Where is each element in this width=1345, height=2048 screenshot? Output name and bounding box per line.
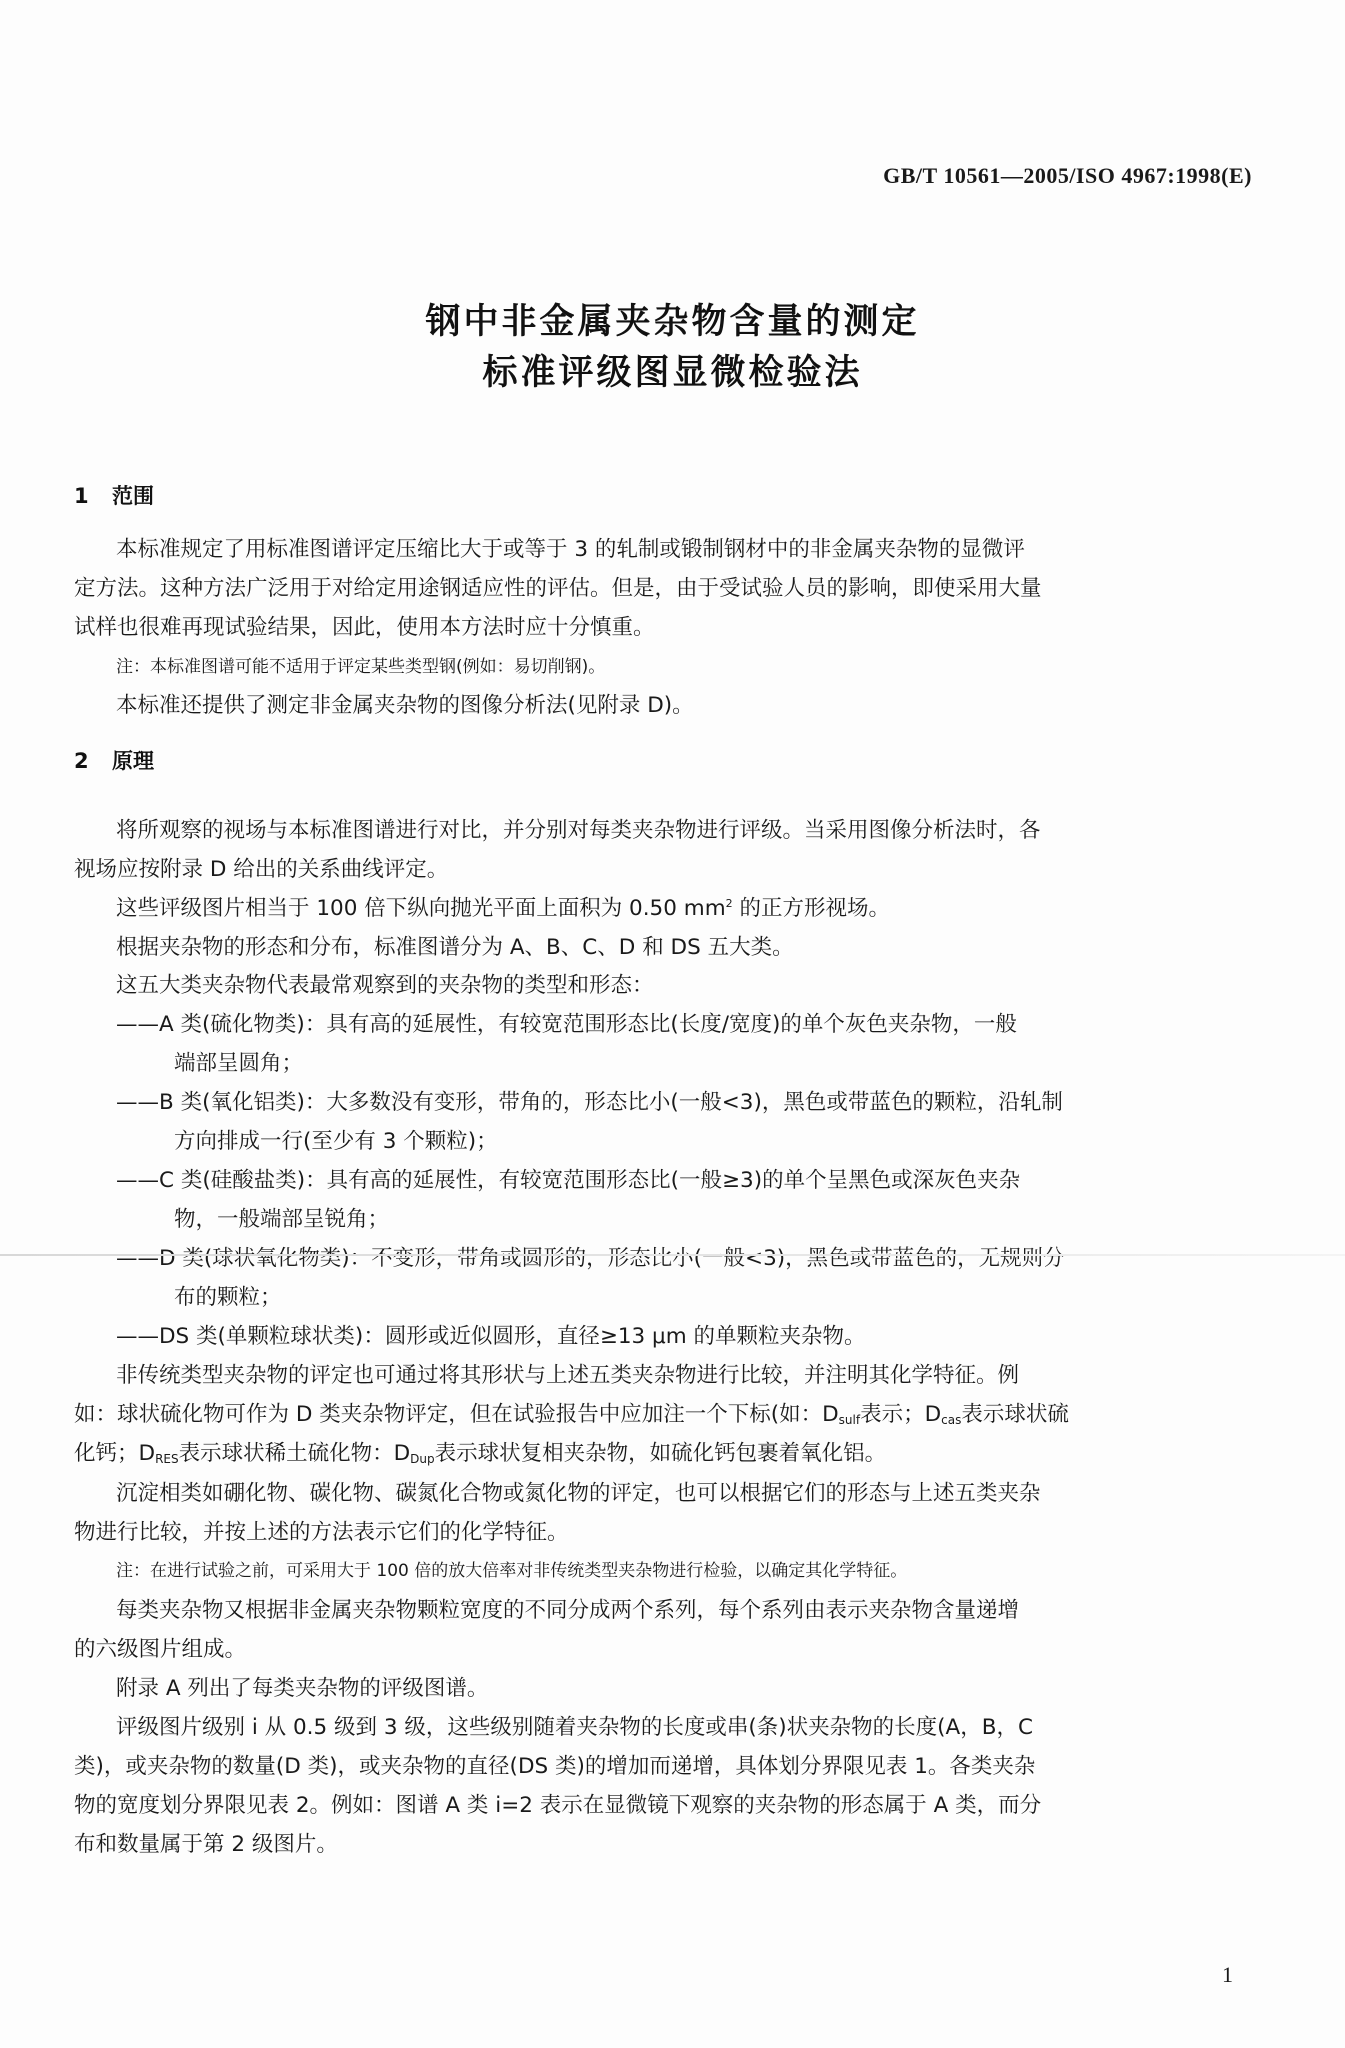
paragraph-line: 物的宽度划分界限见表 2。例如：图谱 A 类 i=2 表示在显微镜下观察的夹杂物…	[74, 1788, 1041, 1819]
section-number: 1	[74, 484, 112, 508]
page-number: 1	[1222, 1962, 1233, 1988]
subscript: cas	[941, 1413, 961, 1427]
category-d-line1: ——D 类(球状氧化物类)：不变形，带角或圆形的，形态比小(一般<3)，黑色或带…	[116, 1241, 1065, 1272]
paragraph-line: 试样也很难再现试验结果，因此，使用本方法时应十分慎重。	[74, 610, 655, 641]
paragraph-line: 每类夹杂物又根据非金属夹杂物颗粒宽度的不同分成两个系列，每个系列由表示夹杂物含量…	[116, 1593, 1019, 1624]
paragraph-line: 这些评级图片相当于 100 倍下纵向抛光平面上面积为 0.50 mm2 的正方形…	[116, 891, 890, 922]
section-title: 范围	[112, 484, 154, 508]
paragraph-line: 将所观察的视场与本标准图谱进行对比，并分别对每类夹杂物进行评级。当采用图像分析法…	[116, 813, 1041, 844]
superscript: 2	[726, 897, 733, 910]
paragraph-line: 附录 A 列出了每类夹杂物的评级图谱。	[116, 1671, 488, 1702]
category-d-line2: 布的颗粒；	[174, 1280, 282, 1311]
text-run: 化钙；D	[74, 1441, 155, 1466]
category-b-line2: 方向排成一行(至少有 3 个颗粒)；	[174, 1124, 498, 1155]
document-title-line2: 标准评级图显微检验法	[0, 345, 1345, 395]
subscript: Dup	[410, 1452, 434, 1466]
category-c-line2: 物，一般端部呈锐角；	[174, 1202, 389, 1233]
paragraph-line: 本标准还提供了测定非金属夹杂物的图像分析法(见附录 D)。	[116, 688, 694, 719]
paragraph-line: 定方法。这种方法广泛用于对给定用途钢适应性的评估。但是，由于受试验人员的影响，即…	[74, 571, 1042, 602]
document-title-line1: 钢中非金属夹杂物含量的测定	[0, 294, 1345, 344]
category-a-line2: 端部呈圆角；	[174, 1046, 303, 1077]
section-heading-principle: 2原理	[74, 745, 154, 775]
paragraph-line: 物进行比较，并按上述的方法表示它们的化学特征。	[74, 1515, 569, 1546]
text-run: 表示球状复相夹杂物，如硫化钙包裹着氧化铝。	[435, 1441, 887, 1466]
paragraph-line: 如：球状硫化物可作为 D 类夹杂物评定，但在试验报告中应加注一个下标(如：Dsu…	[74, 1397, 1069, 1428]
text-run: 表示球状稀土硫化物：D	[179, 1441, 411, 1466]
note: 注：本标准图谱可能不适用于评定某些类型钢(例如：易切削钢)。	[116, 652, 605, 677]
section-number: 2	[74, 749, 112, 773]
paragraph-line: 化钙；DRES表示球状稀土硫化物：DDup表示球状复相夹杂物，如硫化钙包裹着氧化…	[74, 1436, 886, 1467]
paragraph-line: 视场应按附录 D 给出的关系曲线评定。	[74, 852, 448, 883]
paragraph-line: 的六级图片组成。	[74, 1632, 246, 1663]
standard-code: GB/T 10561—2005/ISO 4967:1998(E)	[883, 163, 1252, 189]
text-run: 如：球状硫化物可作为 D 类夹杂物评定，但在试验报告中应加注一个下标(如：D	[74, 1402, 839, 1427]
paragraph-line: 评级图片级别 i 从 0.5 级到 3 级，这些级别随着夹杂物的长度或串(条)状…	[116, 1710, 1033, 1741]
paragraph-line: 沉淀相类如硼化物、碳化物、碳氮化合物或氮化物的评定，也可以根据它们的形态与上述五…	[116, 1476, 1041, 1507]
text-run: 的正方形视场。	[733, 896, 890, 921]
note: 注：在进行试验之前，可采用大于 100 倍的放大倍率对非传统类型夹杂物进行检验，…	[116, 1556, 907, 1581]
category-a-line1: ——A 类(硫化物类)：具有高的延展性，有较宽范围形态比(长度/宽度)的单个灰色…	[116, 1007, 1017, 1038]
paragraph-line: 本标准规定了用标准图谱评定压缩比大于或等于 3 的轧制或锻制钢材中的非金属夹杂物…	[116, 532, 1025, 563]
scan-artifact-line	[0, 1254, 1345, 1256]
category-b-line1: ——B 类(氧化铝类)：大多数没有变形，带角的，形态比小(一般<3)，黑色或带蓝…	[116, 1085, 1063, 1116]
text-run: 表示；D	[860, 1402, 941, 1427]
subscript: sulf	[839, 1413, 860, 1427]
text-run: 表示球状硫	[961, 1402, 1069, 1427]
subscript: RES	[155, 1452, 179, 1466]
document-page: GB/T 10561—2005/ISO 4967:1998(E) 钢中非金属夹杂…	[0, 0, 1345, 2048]
paragraph-line: 布和数量属于第 2 级图片。	[74, 1827, 338, 1858]
paragraph-line: 非传统类型夹杂物的评定也可通过将其形状与上述五类夹杂物进行比较，并注明其化学特征…	[116, 1358, 1019, 1389]
text-run: 这些评级图片相当于 100 倍下纵向抛光平面上面积为 0.50 mm	[116, 896, 726, 921]
category-ds-line1: ——DS 类(单颗粒球状类)：圆形或近似圆形，直径≥13 μm 的单颗粒夹杂物。	[116, 1319, 865, 1350]
category-c-line1: ——C 类(硅酸盐类)：具有高的延展性，有较宽范围形态比(一般≥3)的单个呈黑色…	[116, 1163, 1020, 1194]
section-heading-scope: 1范围	[74, 480, 154, 510]
paragraph-line: 这五大类夹杂物代表最常观察到的夹杂物的类型和形态：	[116, 968, 654, 999]
section-title: 原理	[112, 749, 154, 773]
paragraph-line: 类)，或夹杂物的数量(D 类)，或夹杂物的直径(DS 类)的增加而递增，具体划分…	[74, 1749, 1035, 1780]
paragraph-line: 根据夹杂物的形态和分布，标准图谱分为 A、B、C、D 和 DS 五大类。	[116, 930, 794, 961]
